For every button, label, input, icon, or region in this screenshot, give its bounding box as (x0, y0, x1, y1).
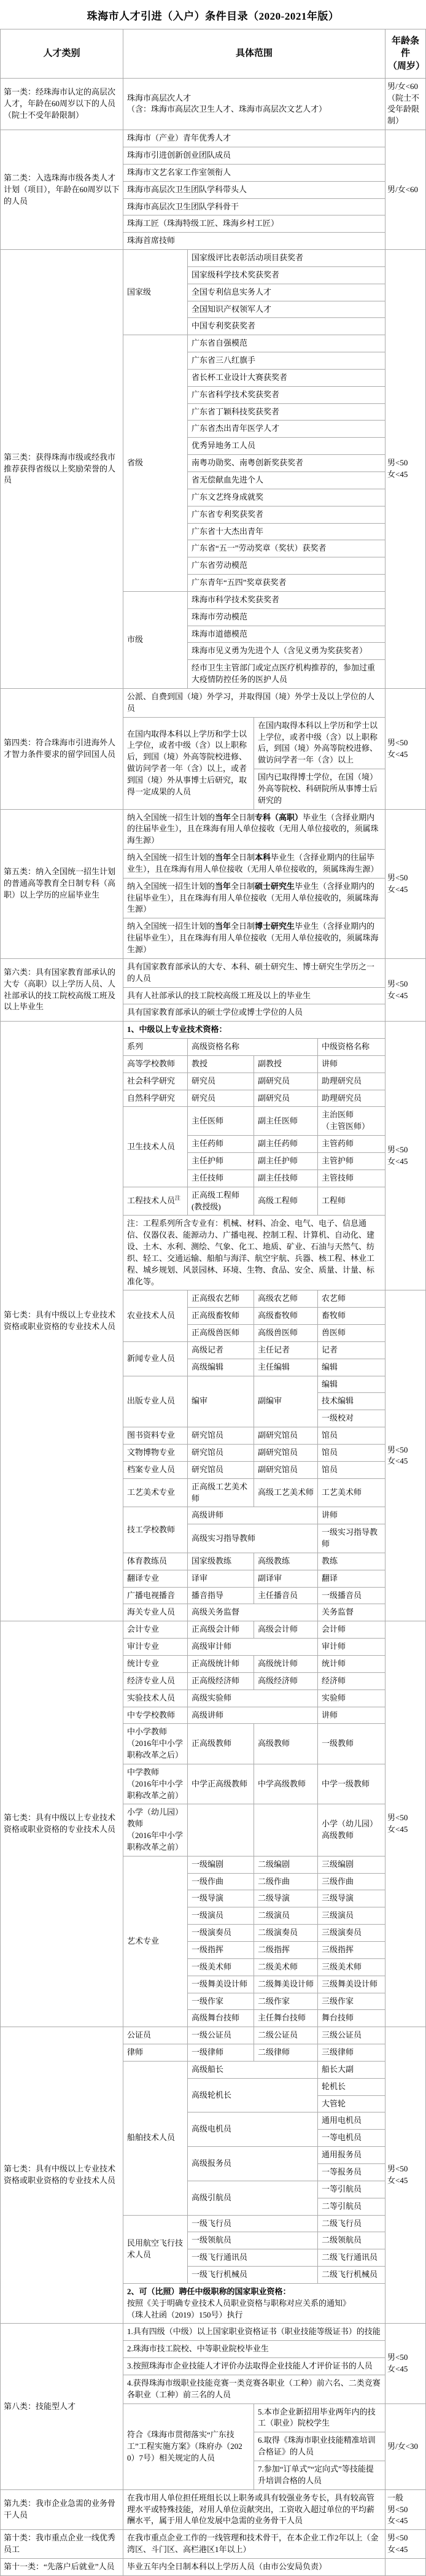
range-item-cell: 高级会计师 (254, 1621, 318, 1639)
range-item-cell: 二级飞行通讯员 (318, 2249, 385, 2267)
range-item-cell: 广东青年“五四”奖章获奖者 (188, 575, 385, 592)
range-item-cell: 三级律师 (318, 2044, 385, 2062)
range-item-cell: 广东省十大杰出青年 (188, 523, 385, 540)
range-item-cell: 播音指导 (188, 1587, 254, 1604)
range-item-cell: 毕业五年内全日制本科以上学历人员（由市公安局负责） (123, 2558, 385, 2575)
range-item-cell: 二级飞行机械员 (318, 2267, 385, 2284)
range-item-cell: 三级指挥 (318, 1942, 385, 1959)
range-item-cell: 3.按照珠海市企业技能人才评价办法取得企业技能人才评价证书的人员 (123, 2358, 385, 2375)
age-condition: 男/女<30 (385, 2403, 426, 2489)
series-label: 高等学校教师 (123, 1055, 188, 1073)
series-label: 技工学校教师 (123, 1507, 188, 1553)
series-label: 档案专业人员 (123, 1461, 188, 1478)
range-item-cell: 珠海市文艺名家工作室领衔人 (123, 164, 385, 181)
range-item-cell: 三级作家 (318, 1993, 385, 2010)
range-item-cell: 一级美术师 (188, 1958, 254, 1976)
range-item-cell: 正高级统计师 (188, 1655, 254, 1672)
series-label: 广播电视播音 (123, 1587, 188, 1604)
age-condition (385, 2558, 426, 2575)
range-item-cell: 二级指挥 (254, 1942, 318, 1959)
range-item-cell: 统计师 (318, 1655, 385, 1672)
range-item-cell: 副教授 (254, 1055, 318, 1073)
range-item-cell: 主任记者 (254, 1341, 318, 1359)
table-row: 第十一类：“先落户后就业”人员毕业五年内全日制本科以上学历人员（由市公安局负责） (1, 2558, 426, 2575)
range-item-cell: 6.取得《珠海市职业技能精准培训合格证》的人员 (254, 2432, 385, 2461)
series-label: 艺术专业 (123, 1856, 188, 2027)
range-item-cell: 馆员 (318, 1427, 385, 1445)
range-item-cell: 一级律师 (188, 2044, 254, 2062)
age-condition: 男<50 女<45 (385, 958, 426, 1021)
age-condition: 男<50 女<45 (385, 2530, 426, 2559)
range-item-cell: 全国知识产权领军人才 (188, 301, 385, 318)
range-item-cell: 研究员 (188, 1090, 254, 1107)
range-item-cell: 三级舞美设计师 (318, 1976, 385, 1993)
range-item-cell: 三级作曲 (318, 1873, 385, 1890)
age-condition: 男/女<60（院士不受年龄限制） (385, 78, 426, 130)
range-item-cell: 二级演奏员 (254, 1925, 318, 1942)
range-item-cell: 国家级科学技术奖获奖者 (188, 266, 385, 284)
range-item-cell: 馆员 (318, 1445, 385, 1462)
range-item-cell: 珠海市（产业）青年优秀人才 (123, 130, 385, 147)
range-item-cell: 2.珠海市技工院校、中等职业院校毕业生 (123, 2341, 385, 2358)
category-label: 第八类：技能型人才 (1, 2324, 123, 2489)
range-item-cell: 主任播音员 (254, 1587, 318, 1604)
range-item-cell: 一级舞美设计师 (188, 1976, 254, 1993)
range-item-cell: 副研究馆员 (254, 1445, 318, 1462)
range-item-cell: 研究馆员 (188, 1461, 254, 1478)
category-label: 第三类：获得珠海市级或经我市推荐获得省级以上奖励荣誉的人员 (1, 250, 123, 689)
range-item-cell: 翻译 (318, 1570, 385, 1587)
range-item-cell: 高级经济师 (254, 1672, 318, 1690)
range-item-cell: 三级编剧 (318, 1856, 385, 1873)
range-item-cell: 二级演员 (254, 1907, 318, 1925)
range-item-cell: 广东省“五一”劳动奖章（奖状）获奖者 (188, 540, 385, 557)
range-item-cell: 工艺美术师 (318, 1478, 385, 1507)
series-label: 省级 (123, 335, 188, 592)
range-item-cell: 正高级工艺美术师 (188, 1478, 254, 1507)
series-label: 系列 (123, 1039, 188, 1056)
range-item-cell: 高级资格名称 (188, 1039, 318, 1056)
range-item-cell: 纳入全国统一招生计划的当年全日制博士研究生毕业生（含择业期内的往届毕业生），且在… (123, 918, 385, 959)
range-item-cell: 珠海市引进创新创业团队成员 (123, 147, 385, 164)
range-item-cell: 正高级教师 (188, 1724, 254, 1764)
range-item-cell: 公派、自费到国（境）外学习，并取得国（境）外学士及以上学位的人员 (123, 688, 385, 717)
page-title: 珠海市人才引进（入户）条件目录（2020-2021年版） (0, 0, 426, 29)
range-item-cell: 在我市重点企业工作的一线管理和技术骨干，在本企业工作2年以上（金湾区、斗门区、高… (123, 2530, 385, 2559)
column-header: 年龄条件 （周岁） (385, 29, 426, 79)
table-row: 第十类：我市重点企业一线优秀员工在我市重点企业工作的一线管理和技术骨干，在本企业… (1, 2530, 426, 2559)
range-item-cell: 高级畜牧师 (254, 1308, 318, 1325)
range-item-cell: 正高级经济师 (188, 1672, 254, 1690)
range-item-cell: 二级飞行员 (318, 2215, 385, 2232)
category-label: 第五类：纳入全国统一招生计划的普通高等教育全日制专科（高职）以上学历的应届毕业生 (1, 809, 123, 958)
range-item-cell: 在国内取得本科以上学历和学士以上学位，或者中级（含）以上职称后，到国（境）外高等… (254, 717, 385, 769)
range-item-cell: 主治医师 （主管医师） (318, 1107, 385, 1136)
series-label: 中学教师 （2016年中小学职称改革之前） (123, 1764, 188, 1804)
range-item-cell: 珠海市高层次卫生团队学科带头人 (123, 181, 385, 198)
range-item-cell: 三级演奏员 (318, 1925, 385, 1942)
category-label: 第十类：我市重点企业一线优秀员工 (1, 2530, 123, 2559)
range-item-cell: 编审 (188, 1376, 254, 1427)
range-item-cell: 一级飞行员 (188, 2215, 318, 2232)
table-row: 第七类：具有中级以上专业技术资格或职业资格的专业技术人员会计专业正高级会计师高级… (1, 1621, 426, 1639)
range-item-cell: 畜牧师 (318, 1308, 385, 1325)
range-item-cell: 珠海工匠（珠海特级工匠、珠海乡村工匠） (123, 215, 385, 233)
age-condition: 男<50 女<45 (385, 809, 426, 958)
range-item-cell: 二级舞美设计师 (254, 1976, 318, 1993)
table-row: 第三类：获得珠海市级或经我市推荐获得省级以上奖励荣誉的人员国家级国家级评比表彰活… (1, 250, 426, 267)
range-item-cell: 南粤功勋奖、南粤创新奖获奖者 (188, 455, 385, 472)
range-item-cell: 珠海市高层次卫生团队学科骨干 (123, 198, 385, 215)
range-item-cell: 一等引航员 (318, 2181, 385, 2198)
range-item-cell: 珠海首席技师 (123, 233, 385, 250)
series-label: 民用航空飞行技术人员 (123, 2215, 188, 2283)
talent-conditions-table: 人才类别具体范围年龄条件 （周岁）第一类：经珠海市认定的高层次人才，年龄在60周… (0, 29, 426, 2576)
range-item-cell: 二级作曲 (254, 1873, 318, 1890)
range-item-cell: 会计师 (318, 1621, 385, 1639)
range-item-cell: 省长杯工业设计大赛获奖者 (188, 369, 385, 386)
range-item-cell: 农艺师 (318, 1290, 385, 1308)
range-item-cell: 广东省丁颖科技奖获奖者 (188, 403, 385, 421)
range-item-cell: 符合《珠海市贯彻落实“广东技工”工程实施方案》（珠府办（2020）7号）相关规定… (123, 2403, 254, 2489)
category-label: 第四类：符合珠海市引进海外人才智力条件要求的留学回国人员 (1, 688, 123, 809)
range-item-cell: 副主任技师 (254, 1170, 318, 1187)
range-item-cell: 高级电机员 (188, 2112, 318, 2147)
table-row: 第七类：具有中级以上专业技术资格或职业资格的专业技术人员公证员一级公证员二级公证… (1, 2027, 426, 2044)
range-item-cell: 编辑 (318, 1359, 385, 1376)
range-item-cell: 轮机长 (318, 2078, 385, 2095)
range-item-cell: 实验师 (318, 1690, 385, 1707)
series-label: 会计专业 (123, 1621, 188, 1639)
range-item-cell: 副主任药师 (254, 1136, 318, 1153)
range-item-cell: 一级教师 (318, 1724, 385, 1764)
range-item-cell: 中学一级教师 (318, 1764, 385, 1804)
series-label: 海关专业人员 (123, 1604, 188, 1621)
age-condition: 男<50 女<45 (385, 1022, 426, 1290)
range-item-cell: 高级工艺美术师 (254, 1478, 318, 1507)
range-item-cell: 高级讲师 (188, 1707, 318, 1724)
range-item-cell: 一级播音员 (318, 1587, 385, 1604)
range-item-cell: 技术编辑 (318, 1393, 385, 1410)
range-item-cell: 二级领航员 (318, 2232, 385, 2249)
range-item-cell: 高级教练 (254, 1553, 318, 1570)
range-item-cell: 一级作曲 (188, 1873, 254, 1890)
note-cell: 注：工程系列所含专业有：机械、材料、冶金、电气、电子、信息通信、仪器仪表、能源动… (123, 1216, 385, 1290)
range-item-cell (254, 1804, 318, 1856)
range-item-cell: 经济师 (318, 1672, 385, 1690)
range-item-cell: 副主任护师 (254, 1152, 318, 1170)
category-label: 第六类：具有国家教育部承认的大专（高职）以上学历人员、人社部承认的技工院校高级工… (1, 958, 123, 1021)
range-item-cell: 助理研究员 (318, 1090, 385, 1107)
table-row: 人才类别具体范围年龄条件 （周岁） (1, 29, 426, 79)
series-label: 工程技术人员注 (123, 1187, 188, 1216)
range-item-cell: 副研究员 (254, 1073, 318, 1090)
age-condition: 一般 男<50 女<45 (385, 2489, 426, 2530)
range-item-cell: 珠海市科学技术奖获奖者 (188, 591, 385, 608)
range-item-cell: 5.本市企业新招用毕业两年内的技工（职业）院校学生 (254, 2403, 385, 2432)
range-item-cell: 正高级畜牧师 (188, 1308, 254, 1325)
range-item-cell: 具有人社部承认的技工院校高级工班及以上的毕业生 (123, 987, 385, 1004)
range-item-cell: 在我市用人单位担任班组长以上职务或具有较强业务专长，具有较高管理水平或特殊技能，… (123, 2489, 385, 2530)
range-item-cell: 主任护师 (188, 1152, 254, 1170)
range-item-cell: 1.具有四级（中级）以上国家职业资格证书（职业技能等级证书）的技能 (123, 2324, 385, 2341)
category-label: 第七类：具有中级以上专业技术资格或职业资格的专业技术人员 (1, 2027, 123, 2324)
range-item-cell: 主任医师 (188, 1107, 254, 1136)
range-item-cell: 二级作家 (254, 1993, 318, 2010)
series-label: 中小学教师 （2016年中小学职称改革之后） (123, 1724, 188, 1764)
range-item-cell: 高级农艺师 (254, 1290, 318, 1308)
range-item-cell: 正高级会计师 (188, 1621, 254, 1639)
range-item-cell: 主任药师 (188, 1136, 254, 1153)
range-item-cell: 高级教师 (254, 1724, 318, 1764)
range-item-cell: 一级编剧 (188, 1856, 254, 1873)
range-item-cell: 助理研究员 (318, 1073, 385, 1090)
series-label: 农业技术人员 (123, 1290, 188, 1342)
range-item-cell: 一级公证员 (188, 2027, 254, 2044)
series-label: 经济专业人员 (123, 1672, 188, 1690)
category-label: 第七类：具有中级以上专业技术资格或职业资格的专业技术人员 (1, 1022, 123, 1621)
range-item-cell: 具有国家教育部承认的大专、本科、硕士研究生、博士研究生学历之一的人员 (123, 958, 385, 987)
range-item-cell: 珠海市道德模范 (188, 626, 385, 643)
series-label: 图书资料专业 (123, 1427, 188, 1445)
range-item-cell: 纳入全国统一招生计划的当年全日制专科（高职）毕业生（含择业期内的往届毕业生），且… (123, 809, 385, 850)
range-item-cell: 三级导演 (318, 1890, 385, 1907)
range-item-cell: 纳入全国统一招生计划的当年全日制本科毕业生（含择业期内的往届毕业生），且在珠海有… (123, 850, 385, 879)
range-item-cell: 高级关务监督 (188, 1604, 318, 1621)
category-label: 第二类：入选珠海市级各类人才计划（项目），年龄在60周岁以下的人员 (1, 130, 123, 250)
range-item-cell: 4.获得珠海市级职业技能竞赛一类竞赛各职业（工种）前六名、二类竞赛各职业（工种）… (123, 2375, 385, 2403)
category-label: 第十一类：“先落户后就业”人员 (1, 2558, 123, 2575)
age-condition: 男<50 女<45 (385, 1621, 426, 2027)
column-header: 人才类别 (1, 29, 123, 79)
series-label: 统计专业 (123, 1655, 188, 1672)
range-item-cell: 高级审计师 (188, 1639, 318, 1656)
series-label: 社会科学研究 (123, 1073, 188, 1090)
range-item-cell: 中学正高级教师 (188, 1764, 254, 1804)
age-condition: 男<50 女<45 (385, 1290, 426, 1621)
table-row: 第五类：纳入全国统一招生计划的普通高等教育全日制专科（高职）以上学历的应届毕业生… (1, 809, 426, 850)
age-condition: 男<50 女<45 (385, 688, 426, 809)
document-page: 珠海市人才引进（入户）条件目录（2020-2021年版） 人才类别具体范围年龄条… (0, 0, 426, 2576)
series-label: 公证员 (123, 2027, 188, 2044)
range-item-cell: 讲师 (318, 1507, 385, 1524)
series-label: 市级 (123, 591, 188, 688)
range-item-cell: 珠海市见义勇为先进个人（含见义勇为奖获奖者） (188, 643, 385, 660)
range-item-cell: 二等引航员 (318, 2198, 385, 2215)
range-item-cell: 舞台技师 (318, 2010, 385, 2027)
range-item-cell: 研究员 (188, 1073, 254, 1090)
range-item-cell: 珠海市劳动模范 (188, 608, 385, 626)
range-item-cell: 高级舞台技师 (188, 2010, 254, 2027)
range-item-cell: 副研究馆员 (254, 1461, 318, 1478)
range-item-cell: 高级船长 (188, 2061, 318, 2078)
range-item-cell: 高级引航员 (188, 2181, 318, 2215)
range-item-cell: 珠海市高层次人才 （含：珠海市高层次卫生人才、珠海市高层次文艺人才） (123, 78, 385, 130)
range-item-cell: 副研究员 (254, 1090, 318, 1107)
range-item-cell: 研究馆员 (188, 1445, 254, 1462)
range-item-cell: 一级校对 (318, 1410, 385, 1427)
series-label: 文物博物专业 (123, 1445, 188, 1462)
range-item-cell: 7.参加“订单式”“定向式”等技能提升培训合格的人员 (254, 2461, 385, 2490)
range-item-cell: 通用电机员 (318, 2112, 385, 2130)
range-item-cell: 主任舞台技师 (254, 2010, 318, 2027)
range-item-cell: 正高级农艺师 (188, 1290, 254, 1308)
series-label: 工艺美术专业 (123, 1478, 188, 1507)
range-item-cell: 二级导演 (254, 1890, 318, 1907)
range-item-cell: 高级编辑 (188, 1359, 254, 1376)
table-row: 第七类：具有中级以上专业技术资格或职业资格的专业技术人员1、中级以上专业技术资格… (1, 1022, 426, 1039)
range-item-cell: 一等报务员 (318, 2163, 385, 2181)
range-item-cell: 一级飞行通讯员 (188, 2249, 318, 2267)
range-item-cell: 一等电机员 (318, 2130, 385, 2147)
range-item-cell: 高级轮机长 (188, 2078, 318, 2112)
range-item-cell: 馆员 (318, 1461, 385, 1478)
range-item-cell: 广东省专利奖获奖者 (188, 506, 385, 523)
range-item-cell: 在国内取得本科以上学历和学士以上学位，或者中级（含）以上职称后，到国（境）外高等… (123, 717, 254, 809)
range-item-cell: 纳入全国统一招生计划的当年全日制硕士研究生毕业生（含择业期内的往届毕业生），且在… (123, 878, 385, 918)
range-item-cell: 教授 (188, 1055, 254, 1073)
range-item-cell: 广东省劳动模范 (188, 557, 385, 575)
series-label: 体育教练员 (123, 1553, 188, 1570)
range-item-cell: 省无偿献血先进个人 (188, 472, 385, 489)
range-item-cell: 审计师 (318, 1639, 385, 1656)
range-item-cell: 二级美术师 (254, 1958, 318, 1976)
range-item-cell: 船长大副 (318, 2061, 385, 2078)
range-item-cell: 高级实习指导教师 (188, 1524, 318, 1553)
series-label: 卫生技术人员 (123, 1107, 188, 1187)
range-item-cell: 国家级评比表彰活动项目获奖者 (188, 250, 385, 267)
series-label: 实验技术人员 (123, 1690, 188, 1707)
range-item-cell: 副编审 (254, 1376, 318, 1427)
range-item-cell: 国家级教练 (188, 1553, 254, 1570)
range-item-cell: 全国专利信息实务人才 (188, 284, 385, 301)
range-item-cell: 优秀异地务工人员 (188, 438, 385, 455)
range-item-cell: 中学高级教师 (254, 1764, 318, 1804)
range-item-cell: 广东省三八红旗手 (188, 352, 385, 370)
range-item-cell: 高级工程师 (254, 1187, 318, 1216)
note-cell: 1、中级以上专业技术资格： (123, 1022, 385, 1039)
range-item-cell: 副研究馆员 (254, 1427, 318, 1445)
range-item-cell: 小学（幼儿园）高级教师 (318, 1804, 385, 1856)
series-label: 出版专业人员 (123, 1376, 188, 1427)
series-label: 自然科学研究 (123, 1090, 188, 1107)
category-label: 第九类：我市企业急需的业务骨干人员 (1, 2489, 123, 2530)
range-item-cell: 主管药师 (318, 1136, 385, 1153)
category-label: 第一类：经珠海市认定的高层次人才，年龄在60周岁以下的人员（院士不受年龄限制） (1, 78, 123, 130)
range-item-cell (188, 1804, 254, 1856)
range-item-cell: 高级讲师 (188, 1507, 318, 1524)
range-item-cell: 主管护师 (318, 1152, 385, 1170)
range-item-cell: 记者 (318, 1341, 385, 1359)
range-item-cell: 教练 (318, 1553, 385, 1570)
age-condition: 男<50 女<45 (385, 2324, 426, 2403)
series-label: 律师 (123, 2044, 188, 2062)
range-item-cell: 中国专利奖获奖者 (188, 318, 385, 335)
table-body: 人才类别具体范围年龄条件 （周岁）第一类：经珠海市认定的高层次人才，年龄在60周… (1, 29, 426, 2576)
range-item-cell: 广东文艺终身成就奖 (188, 489, 385, 506)
range-item-cell: 高级实验师 (188, 1690, 318, 1707)
age-condition: 男/女<60 (385, 130, 426, 250)
series-label: 国家级 (123, 250, 188, 335)
range-item-cell: 一级演奏员 (188, 1925, 254, 1942)
range-item-cell: 一级飞行机械员 (188, 2267, 318, 2284)
range-item-cell: 副译审 (254, 1570, 318, 1587)
range-item-cell: 中级资格名称 (318, 1039, 385, 1056)
range-item-cell: 主管技师 (318, 1170, 385, 1187)
range-item-cell: 一级指挥 (188, 1942, 254, 1959)
range-item-cell: 高级统计师 (254, 1655, 318, 1672)
range-item-cell: 经市卫生主管部门或定点医疗机构推荐的，参加过重大疫情防控任务的医护人员 (188, 660, 385, 689)
table-row: 第四类：符合珠海市引进海外人才智力条件要求的留学回国人员公派、自费到国（境）外学… (1, 688, 426, 717)
range-item-cell: 兽医师 (318, 1325, 385, 1342)
range-item-cell: 一级实习指导教师 (318, 1524, 385, 1553)
range-item-cell: 讲师 (318, 1055, 385, 1073)
range-item-cell: 大管轮 (318, 2095, 385, 2112)
range-item-cell: 研究馆员 (188, 1427, 254, 1445)
age-condition: 男<50 女<45 (385, 250, 426, 689)
range-item-cell: 国内已取得博士学位，在国（境）外高等院校、科研院所从事博士后研究的 (254, 769, 385, 810)
series-label: 审计专业 (123, 1639, 188, 1656)
range-item-cell: 正高级工程师 (教授级) (188, 1187, 254, 1216)
column-header: 具体范围 (123, 29, 385, 79)
range-item-cell: 主任编辑 (254, 1359, 318, 1376)
table-row: 第六类：具有国家教育部承认的大专（高职）以上学历人员、人社部承认的技工院校高级工… (1, 958, 426, 987)
series-label: 小学（幼儿园）教师 （2016年中小学职称改革之前） (123, 1804, 188, 1856)
range-item-cell: 高级兽医师 (254, 1325, 318, 1342)
range-item-cell: 副主任医师 (254, 1107, 318, 1136)
range-item-cell: 编辑 (318, 1376, 385, 1393)
range-item-cell: 二级律师 (254, 2044, 318, 2062)
range-item-cell: 三级公证员 (318, 2027, 385, 2044)
range-item-cell: 高级记者 (188, 1341, 254, 1359)
range-item-cell: 广东省杰出青年医学人才 (188, 421, 385, 438)
table-row: 第八类：技能型人才1.具有四级（中级）以上国家职业资格证书（职业技能等级证书）的… (1, 2324, 426, 2341)
range-item-cell: 一级作家 (188, 1993, 254, 2010)
range-item-cell: 二级编剧 (254, 1856, 318, 1873)
range-item-cell: 讲师 (318, 1707, 385, 1724)
range-item-cell: 关务监督 (318, 1604, 385, 1621)
range-item-cell: 三级演员 (318, 1907, 385, 1925)
range-item-cell: 译审 (188, 1570, 254, 1587)
note-cell: 2、可（比照）聘任中级职称的国家职业资格： 按照《关于明确专业技术人员职业资格与… (123, 2283, 385, 2324)
range-item-cell: 高级报务员 (188, 2147, 318, 2181)
range-item-cell: 广东省科学技术奖获奖者 (188, 386, 385, 403)
table-row: 第一类：经珠海市认定的高层次人才，年龄在60周岁以下的人员（院士不受年龄限制）珠… (1, 78, 426, 130)
range-item-cell: 通用报务员 (318, 2147, 385, 2164)
range-item-cell: 一级导演 (188, 1890, 254, 1907)
category-label: 第七类：具有中级以上专业技术资格或职业资格的专业技术人员 (1, 1621, 123, 2027)
table-row: 第九类：我市企业急需的业务骨干人员在我市用人单位担任班组长以上职务或具有较强业务… (1, 2489, 426, 2530)
series-label: 船舶技术人员 (123, 2061, 188, 2215)
series-label: 翻译专业 (123, 1570, 188, 1587)
series-label: 中专学校教师 (123, 1707, 188, 1724)
range-item-cell: 二级公证员 (254, 2027, 318, 2044)
age-condition: 男<50 女<45 (385, 2027, 426, 2324)
range-item-cell: 正高级兽医师 (188, 1325, 254, 1342)
range-item-cell: 一级领航员 (188, 2232, 318, 2249)
range-item-cell: 一级演员 (188, 1907, 254, 1925)
range-item-cell: 具有国家教育部承认的硕士学位或博士学位的人员 (123, 1004, 385, 1022)
series-label: 新闻专业人员 (123, 1341, 188, 1376)
table-row: 第二类：入选珠海市级各类人才计划（项目），年龄在60周岁以下的人员珠海市（产业）… (1, 130, 426, 147)
range-item-cell: 主任技师 (188, 1170, 254, 1187)
range-item-cell: 广东省自强模范 (188, 335, 385, 352)
range-item-cell: 三级美术师 (318, 1958, 385, 1976)
range-item-cell: 工程师 (318, 1187, 385, 1216)
